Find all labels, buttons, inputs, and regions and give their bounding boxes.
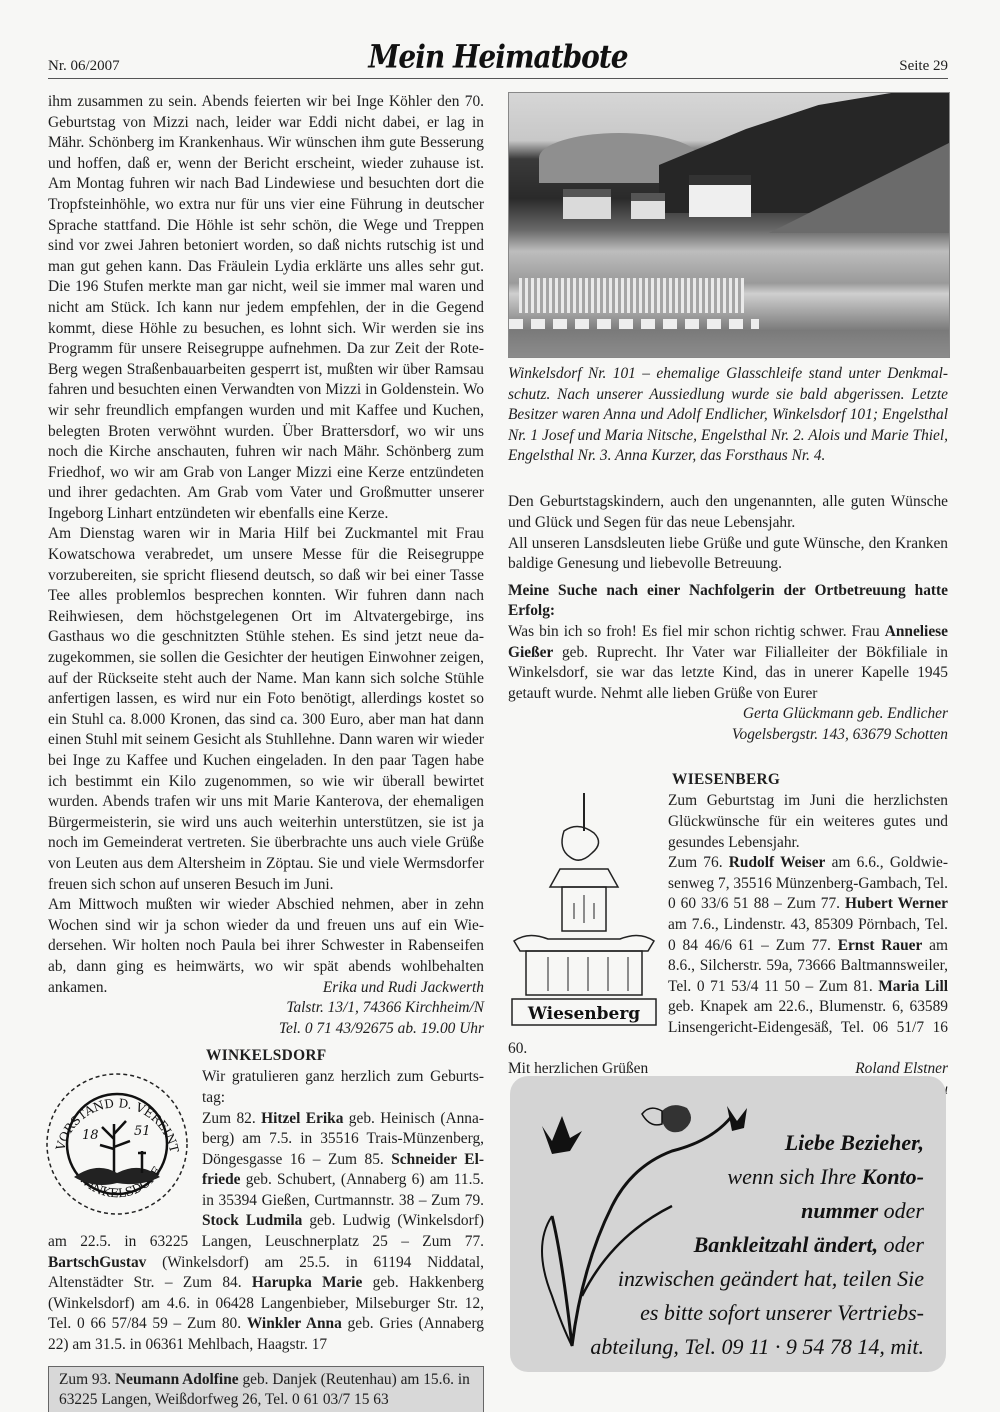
photo-caption: Winkelsdorf Nr. 101 – ehemalige Glasschl…	[508, 364, 948, 467]
travel-report-paragraph-2: Am Dienstag waren wir in Maria Hilf bei …	[48, 524, 484, 895]
notice-text: Liebe Bezieher, wenn sich Ihre Konto- nu…	[590, 1126, 924, 1364]
signature-name: Erika und Rudi Jackwerth	[48, 978, 484, 999]
highlighted-birthday-box: Zum 93. Neumann Adolfine geb. Danjek (Re…	[48, 1366, 484, 1412]
notice-phone: abteilung, Tel. 09 11 · 9 54 78 14, mit.	[590, 1330, 924, 1364]
section-title-wiesenberg: WIESENBERG	[672, 771, 948, 789]
page-number: Seite 29	[899, 58, 948, 75]
successor-heading: Meine Suche nach einer Nachfolgerin der …	[508, 581, 948, 622]
successor-signature: Gerta Glückmann geb. Endlicher Vogelsber…	[508, 704, 948, 745]
community-seal-icon: VORSTAND D. VEREINT. GEMEINDE WINKELSDOR…	[42, 1069, 192, 1219]
subscriber-notice-box: Liebe Bezieher, wenn sich Ihre Konto- nu…	[510, 1076, 946, 1372]
travel-report-signature: Erika und Rudi Jackwerth Talstr. 13/1, 7…	[48, 978, 484, 1040]
left-column: ihm zusammen zu sein. Abends feierten wi…	[48, 92, 484, 1412]
signature-phone: Tel. 0 71 43/92675 ab. 19.00 Uhr	[48, 1019, 484, 1040]
wiesenberg-fountain-emblem-icon: Wiesenberg	[508, 791, 660, 1029]
right-column: Winkelsdorf Nr. 101 – ehemalige Glasschl…	[508, 92, 948, 1100]
birthday-wishes: Den Geburtstagskindern, auch den ungenan…	[508, 492, 948, 533]
svg-text:VORSTAND D. VEREINT. GEMEINDE: VORSTAND D. VEREINT. GEMEINDE	[42, 1069, 181, 1154]
travel-report-paragraph-1: ihm zusammen zu sein. Abends feierten wi…	[48, 92, 484, 524]
svg-text:18: 18	[82, 1128, 99, 1143]
greetings-wishes: All unseren Lansdsleuten liebe Grüße und…	[508, 534, 948, 575]
signature-name: Gerta Glückmann geb. Endlicher	[508, 704, 948, 725]
successor-text: Was bin ich so froh! Es fiel mir schon r…	[508, 622, 948, 704]
wiesenberg-section: Wiesenberg Zum Geburtstag im Juni die he…	[508, 791, 948, 1100]
section-title-winkelsdorf: WINKELSDORF	[206, 1047, 484, 1065]
winkelsdorf-section: VORSTAND D. VEREINT. GEMEINDE WINKELSDOR…	[48, 1067, 484, 1355]
svg-text:Wiesenberg: Wiesenberg	[527, 1004, 640, 1024]
signature-address: Vogelsbergstr. 143, 63679 Schotten	[508, 725, 948, 746]
signature-address: Talstr. 13/1, 74366 Kirchheim/N	[48, 998, 484, 1019]
glasschleife-photo	[508, 92, 950, 358]
svg-text:51: 51	[134, 1124, 151, 1139]
page-header: Nr. 06/2007 Mein Heimatbote Seite 29	[48, 40, 948, 79]
masthead-logo: Mein Heimatbote	[48, 38, 948, 76]
